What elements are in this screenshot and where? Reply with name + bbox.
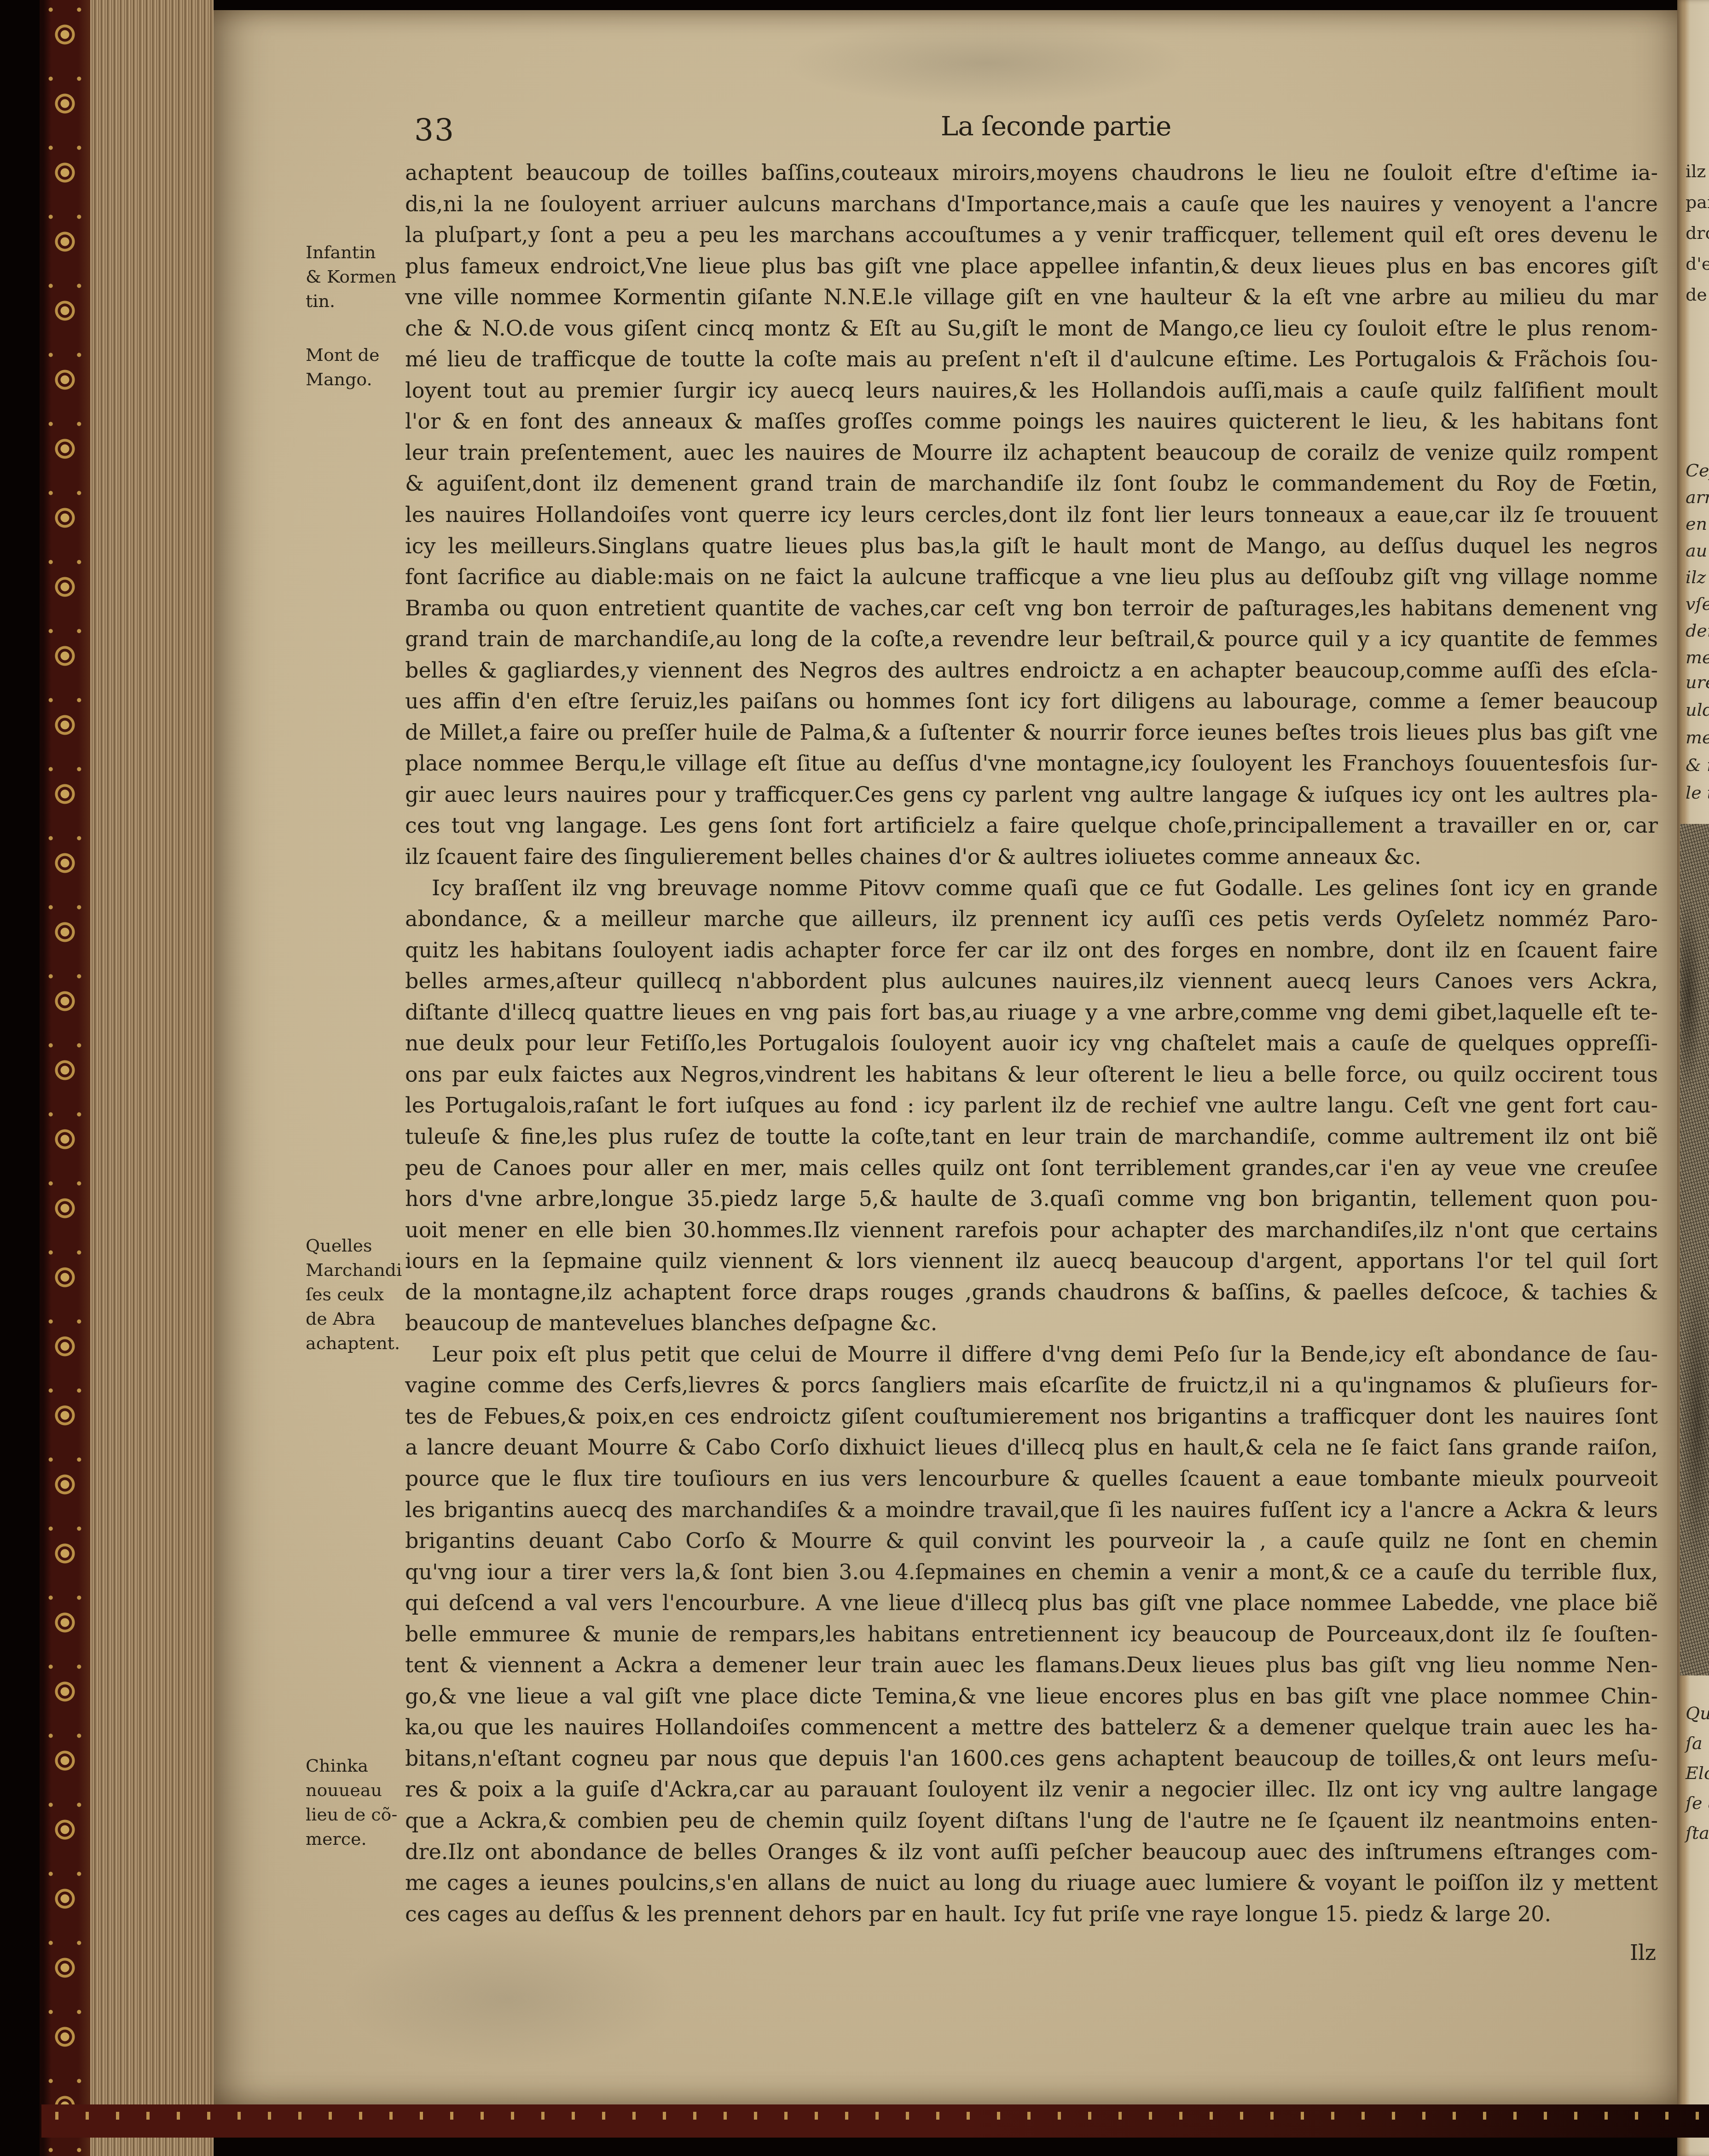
text-line: achaptent beaucoup de toilles baſſins,co… — [405, 157, 1658, 189]
text-line: tes de Febues,& poix,en ces endroictz gi… — [405, 1401, 1658, 1432]
text-line: ces cages au deſſus & les prennent dehor… — [405, 1899, 1658, 1930]
text-line: uoit mener en elle bien 30.hommes.Ilz vi… — [405, 1215, 1658, 1246]
text-line: qui deſcend a val vers l'encourbure. A v… — [405, 1588, 1658, 1619]
margin-note-line: tin. — [306, 289, 418, 313]
text-line: leur train preſentement, auec les nauire… — [405, 437, 1658, 469]
text-line: che & N.O.de vous giſent cincq montz & E… — [405, 313, 1658, 344]
text-line: res & poix a la guiſe d'Ackra,car au par… — [405, 1774, 1658, 1805]
margin-note: Mont deMango. — [306, 343, 418, 392]
edge-text-fragment: ſtambl — [1686, 1823, 1709, 1843]
text-line: belle emmuree & munie de rempars,les hab… — [405, 1619, 1658, 1650]
edge-text-fragment: mement. — [1686, 727, 1709, 748]
margin-note: QuellesMarchandiſes ceulxde Abraachapten… — [306, 1234, 418, 1356]
text-line: icy les meilleurs.Singlans quatre lieues… — [405, 531, 1658, 562]
text-line: Icy braſſent ilz vng breuvage nomme Pito… — [405, 873, 1658, 904]
edge-text-fragment: ilz ont vne — [1686, 161, 1709, 181]
text-line: les Portugalois,raſant le fort iuſques a… — [405, 1090, 1658, 1121]
text-line: plus fameux endroict,Vne lieue plus bas … — [405, 251, 1658, 282]
margin-note-line: Quelles — [306, 1234, 418, 1258]
text-line: belles armes,aſteur quillecq n'abbordent… — [405, 966, 1658, 997]
text-line: que a Ackra,& combien peu de chemin quil… — [405, 1805, 1658, 1837]
edge-text-fragment: ſa — [1686, 1733, 1703, 1753]
text-line: tent & viennent a Ackra a demener leur t… — [405, 1650, 1658, 1681]
edge-text-fragment: de la coſte — [1686, 284, 1709, 305]
edge-text-fragment: me, quilz — [1686, 647, 1709, 667]
text-line: les brigantins auecq des marchandiſes & … — [405, 1495, 1658, 1526]
edge-text-fragment: en quarru — [1686, 514, 1709, 534]
edge-text-fragment: Ceſte pour — [1686, 460, 1709, 481]
text-line: font ſacrifice au diable:mais on ne faic… — [405, 562, 1658, 593]
text-line: pource que le flux tire touſiours en ius… — [405, 1463, 1658, 1495]
margin-note-line: Mango. — [306, 367, 418, 392]
text-line: hors d'vne arbre,longue 35.piedz large 5… — [405, 1183, 1658, 1215]
text-line: l'or & en font des anneaux & maſſes groſ… — [405, 406, 1658, 437]
edge-text-fragment: au deſſus — [1686, 540, 1709, 561]
edge-text-fragment: ure ong — [1686, 672, 1709, 692]
margin-note-line: de Abra — [306, 1307, 418, 1331]
edge-engraving-fragment — [1680, 824, 1709, 1675]
text-line: ues affin d'en eſtre ſeruiz,les paiſans … — [405, 686, 1658, 717]
text-line: & aguiſent,dont ilz demenent grand train… — [405, 468, 1658, 499]
text-block: achaptent beaucoup de toilles baſſins,co… — [405, 157, 1658, 1930]
edge-text-fragment: uldart ou — [1686, 700, 1709, 720]
edge-text-fragment: d'eſtime, te — [1686, 254, 1709, 274]
text-line: go,& vne lieue a val giſt vne place dict… — [405, 1681, 1658, 1712]
margin-note: Infantin& Kormentin. — [306, 240, 418, 313]
margin-note: Chinkanouueaulieu de cõ-merce. — [306, 1754, 418, 1851]
text-line: les nauires Hollandoiſes vont querre icy… — [405, 499, 1658, 531]
margin-note-line: merce. — [306, 1827, 418, 1851]
text-line: quitz les habitans ſouloyent iadis achap… — [405, 935, 1658, 966]
text-line: brigantins deuant Cabo Corſo & Mourre & … — [405, 1525, 1658, 1557]
text-line: tuleuſe & fine,les plus ruſez de toutte … — [405, 1121, 1658, 1153]
edge-text-fragment: paiſans ne — [1686, 192, 1709, 212]
margin-note-line: Marchandi — [306, 1258, 418, 1282]
text-line: vagine comme des Cerfs,lievres & porcs ſ… — [405, 1370, 1658, 1401]
text-line: dis,ni la ne ſouloyent arriuer aulcuns m… — [405, 189, 1658, 220]
page-edges-stack — [90, 0, 214, 2156]
text-line: ons par eulx faictes aux Negros,vindrent… — [405, 1059, 1658, 1090]
text-line: grand train de marchandiſe,au long de la… — [405, 624, 1658, 655]
margin-note-line: Mont de — [306, 343, 418, 367]
text-line: beaucoup de mantevelues blanches deſpagn… — [405, 1308, 1658, 1339]
text-line: ka,ou que les nauires Hollandoiſes comme… — [405, 1712, 1658, 1743]
text-line: vne ville nommee Kormentin giſante N.N.E… — [405, 282, 1658, 313]
book-spine-binding — [40, 0, 90, 2156]
text-line: ilz ſcauent faire des ſingulierement bel… — [405, 841, 1658, 873]
text-line: belles & gagliardes,y viennent des Negro… — [405, 655, 1658, 686]
text-line: bitans,n'eſtant cogneu par nous que depu… — [405, 1743, 1658, 1774]
margin-note-line: achaptent. — [306, 1331, 418, 1356]
edge-text-fragment: der, ilz on — [1686, 620, 1709, 641]
margin-note-line: lieu de cõ- — [306, 1802, 418, 1827]
edge-text-fragment: Elon g — [1686, 1763, 1709, 1783]
catchword: Ilz — [1630, 1940, 1656, 1965]
text-line: abondance, & a meilleur marche que aille… — [405, 904, 1658, 935]
text-line: iours en la ſepmaine quilz viennent & lo… — [405, 1246, 1658, 1277]
text-line: gir auec leurs nauires pour y trafficque… — [405, 779, 1658, 811]
margin-note-line: Chinka — [306, 1754, 418, 1778]
edge-text-fragment: ſe aulcu — [1686, 1793, 1709, 1813]
edge-text-fragment: armes qui — [1686, 487, 1709, 507]
text-line: loyent tout au premier ſurgir icy auecq … — [405, 375, 1658, 406]
text-line: Leur poix eſt plus petit que celui de Mo… — [405, 1339, 1658, 1370]
text-line: de Millet,a faire ou preſſer huile de Pa… — [405, 717, 1658, 748]
text-line: la pluſpart,y ſont a peu a peu les march… — [405, 220, 1658, 251]
margin-note-line: ſes ceulx — [306, 1282, 418, 1307]
edge-text-fragment: droict en or — [1686, 223, 1709, 243]
text-line: de la montagne,ilz achaptent force draps… — [405, 1277, 1658, 1308]
margin-note-line: Infantin — [306, 240, 418, 265]
text-line: dre.Ilz ont abondance de belles Oranges … — [405, 1837, 1658, 1868]
edge-text-fragment: le tout — [1686, 782, 1709, 803]
text-line: Bramba ou quon entretient quantite de va… — [405, 593, 1658, 624]
text-line: place nommee Berqu,le village eſt ſitue … — [405, 748, 1658, 779]
edge-text-fragment: vſent auſſ — [1686, 594, 1709, 614]
edge-text-fragment: ilz en gr — [1686, 567, 1709, 587]
edge-text-fragment: & met — [1686, 755, 1709, 775]
text-line: me cages a ieunes poulcins,s'en allans d… — [405, 1867, 1658, 1899]
text-line: ces tout vng langage. Les gens ſont fort… — [405, 810, 1658, 841]
bottom-board-edge — [41, 2104, 1709, 2138]
text-line: mé lieu de trafficque de toutte la coſte… — [405, 344, 1658, 375]
margin-note-line: & Kormen — [306, 265, 418, 289]
text-line: a lancre deuant Mourre & Cabo Corſo dixh… — [405, 1432, 1658, 1463]
text-line: qu'vng iour a tirer vers la,& ſont bien … — [405, 1557, 1658, 1588]
facing-page-edge: ilz ont vnepaiſans nedroict en ord'eſtim… — [1677, 0, 1709, 2156]
text-line: nue deulx pour leur Fetiſſo,les Portugal… — [405, 1028, 1658, 1059]
text-line: peu de Canoes pour aller en mer, mais ce… — [405, 1153, 1658, 1184]
book-page: 33 La ſeconde partie Infantin& Kormentin… — [214, 10, 1677, 2104]
text-line: diſtante d'illecq quattre lieues en vng … — [405, 997, 1658, 1028]
edge-text-fragment: Quelles — [1686, 1703, 1709, 1723]
margin-note-line: nouueau — [306, 1778, 418, 1802]
